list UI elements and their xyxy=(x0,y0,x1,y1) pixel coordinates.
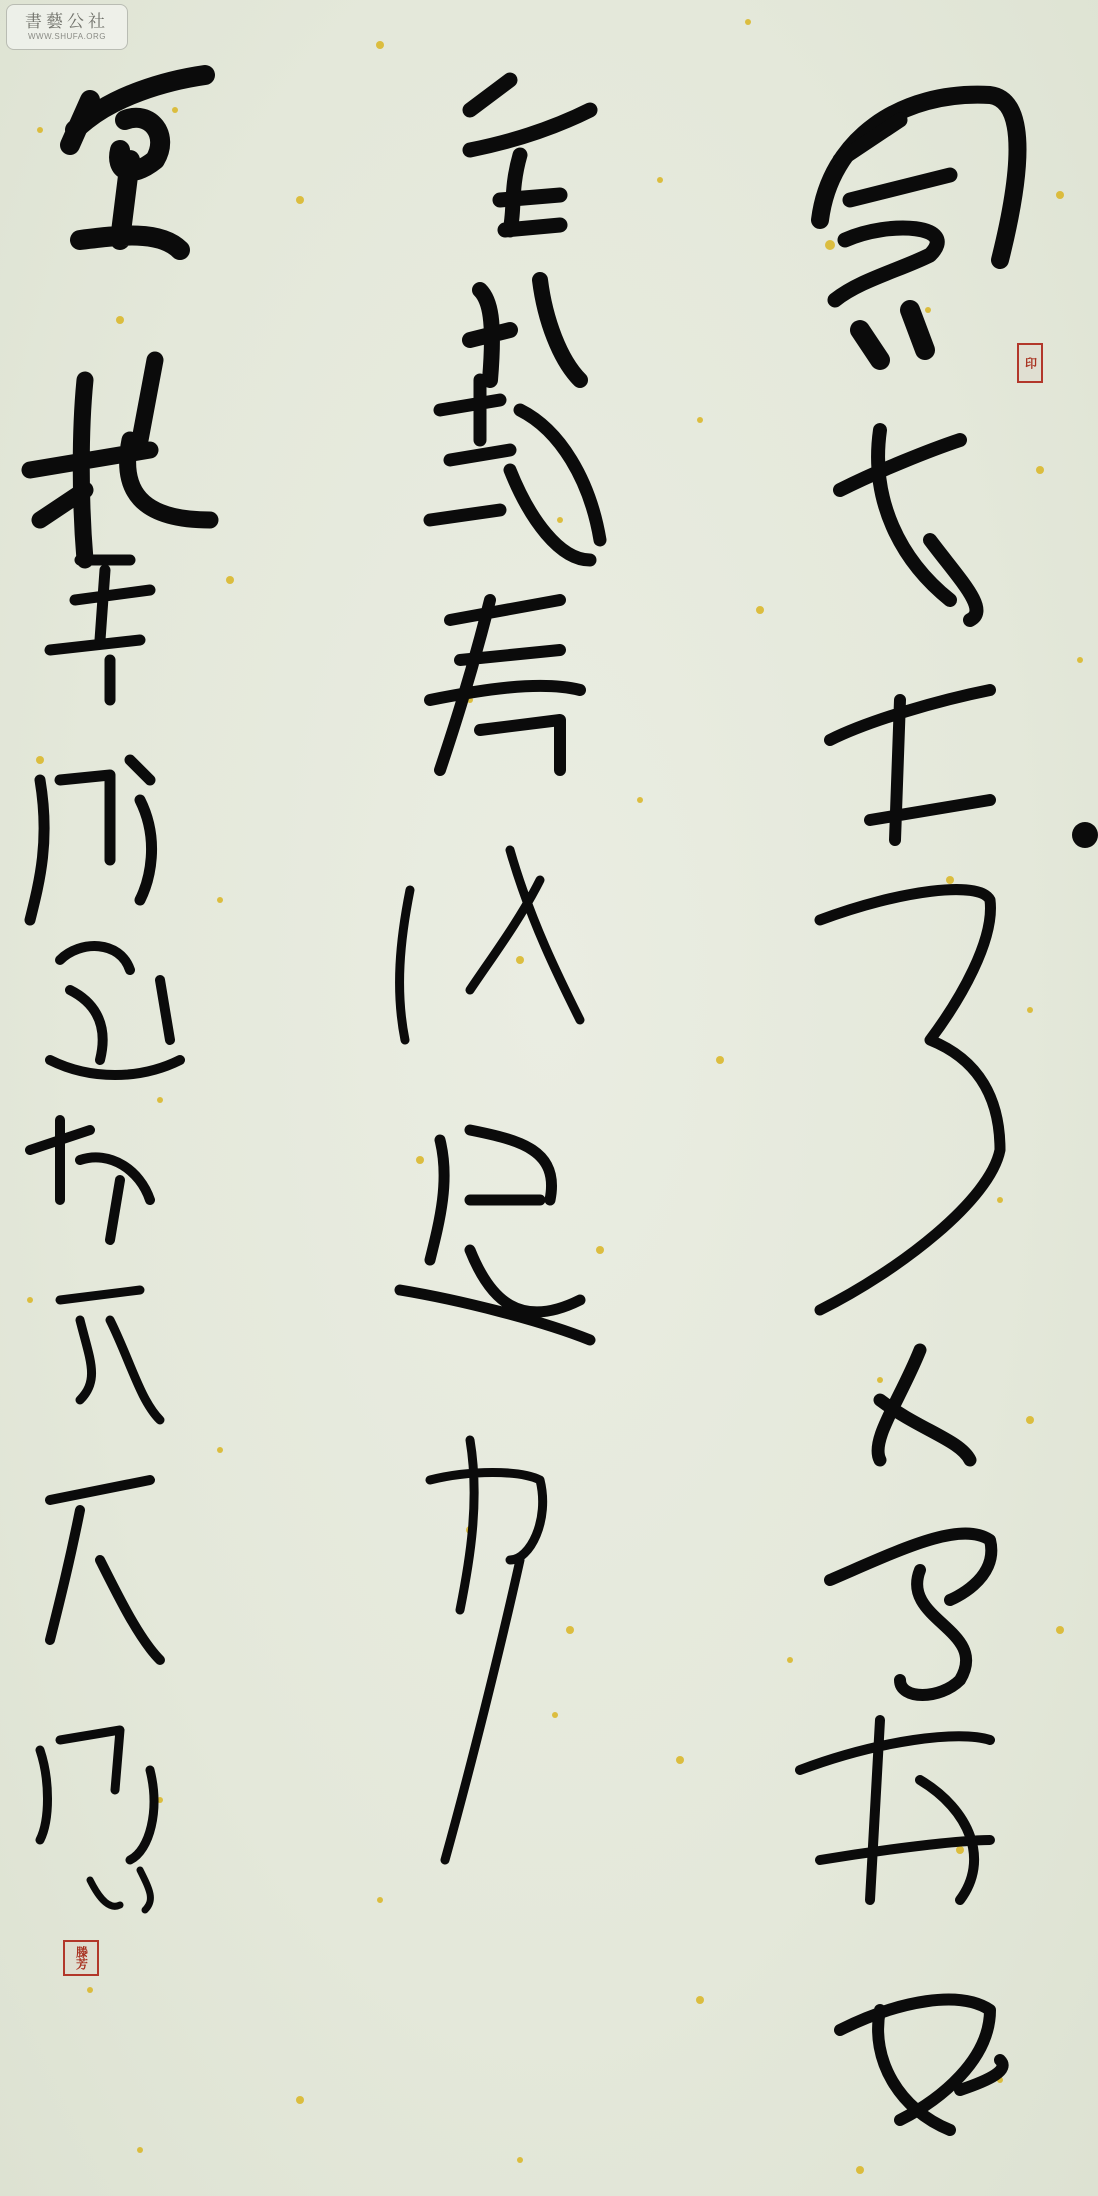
calligraphy-artwork xyxy=(0,0,1098,2196)
ink-strokes-right-column xyxy=(800,95,1098,2130)
watermark-url: WWW.SHUFA.ORG xyxy=(28,32,106,42)
site-watermark: 書藝公社 WWW.SHUFA.ORG xyxy=(6,4,128,50)
watermark-title: 書藝公社 xyxy=(25,12,109,32)
bottom-seal-text: 滕芳 xyxy=(75,1946,88,1970)
signature-seal-stamp: 滕芳 xyxy=(63,1940,99,1976)
top-seal-stamp: 印 xyxy=(1017,343,1043,383)
ink-strokes-left-column xyxy=(30,75,210,1910)
ink-strokes-middle-column xyxy=(400,80,600,1860)
top-seal-text: 印 xyxy=(1024,357,1037,369)
calligraphy-scroll: 書藝公社 WWW.SHUFA.ORG 印 滕芳 xyxy=(0,0,1098,2196)
